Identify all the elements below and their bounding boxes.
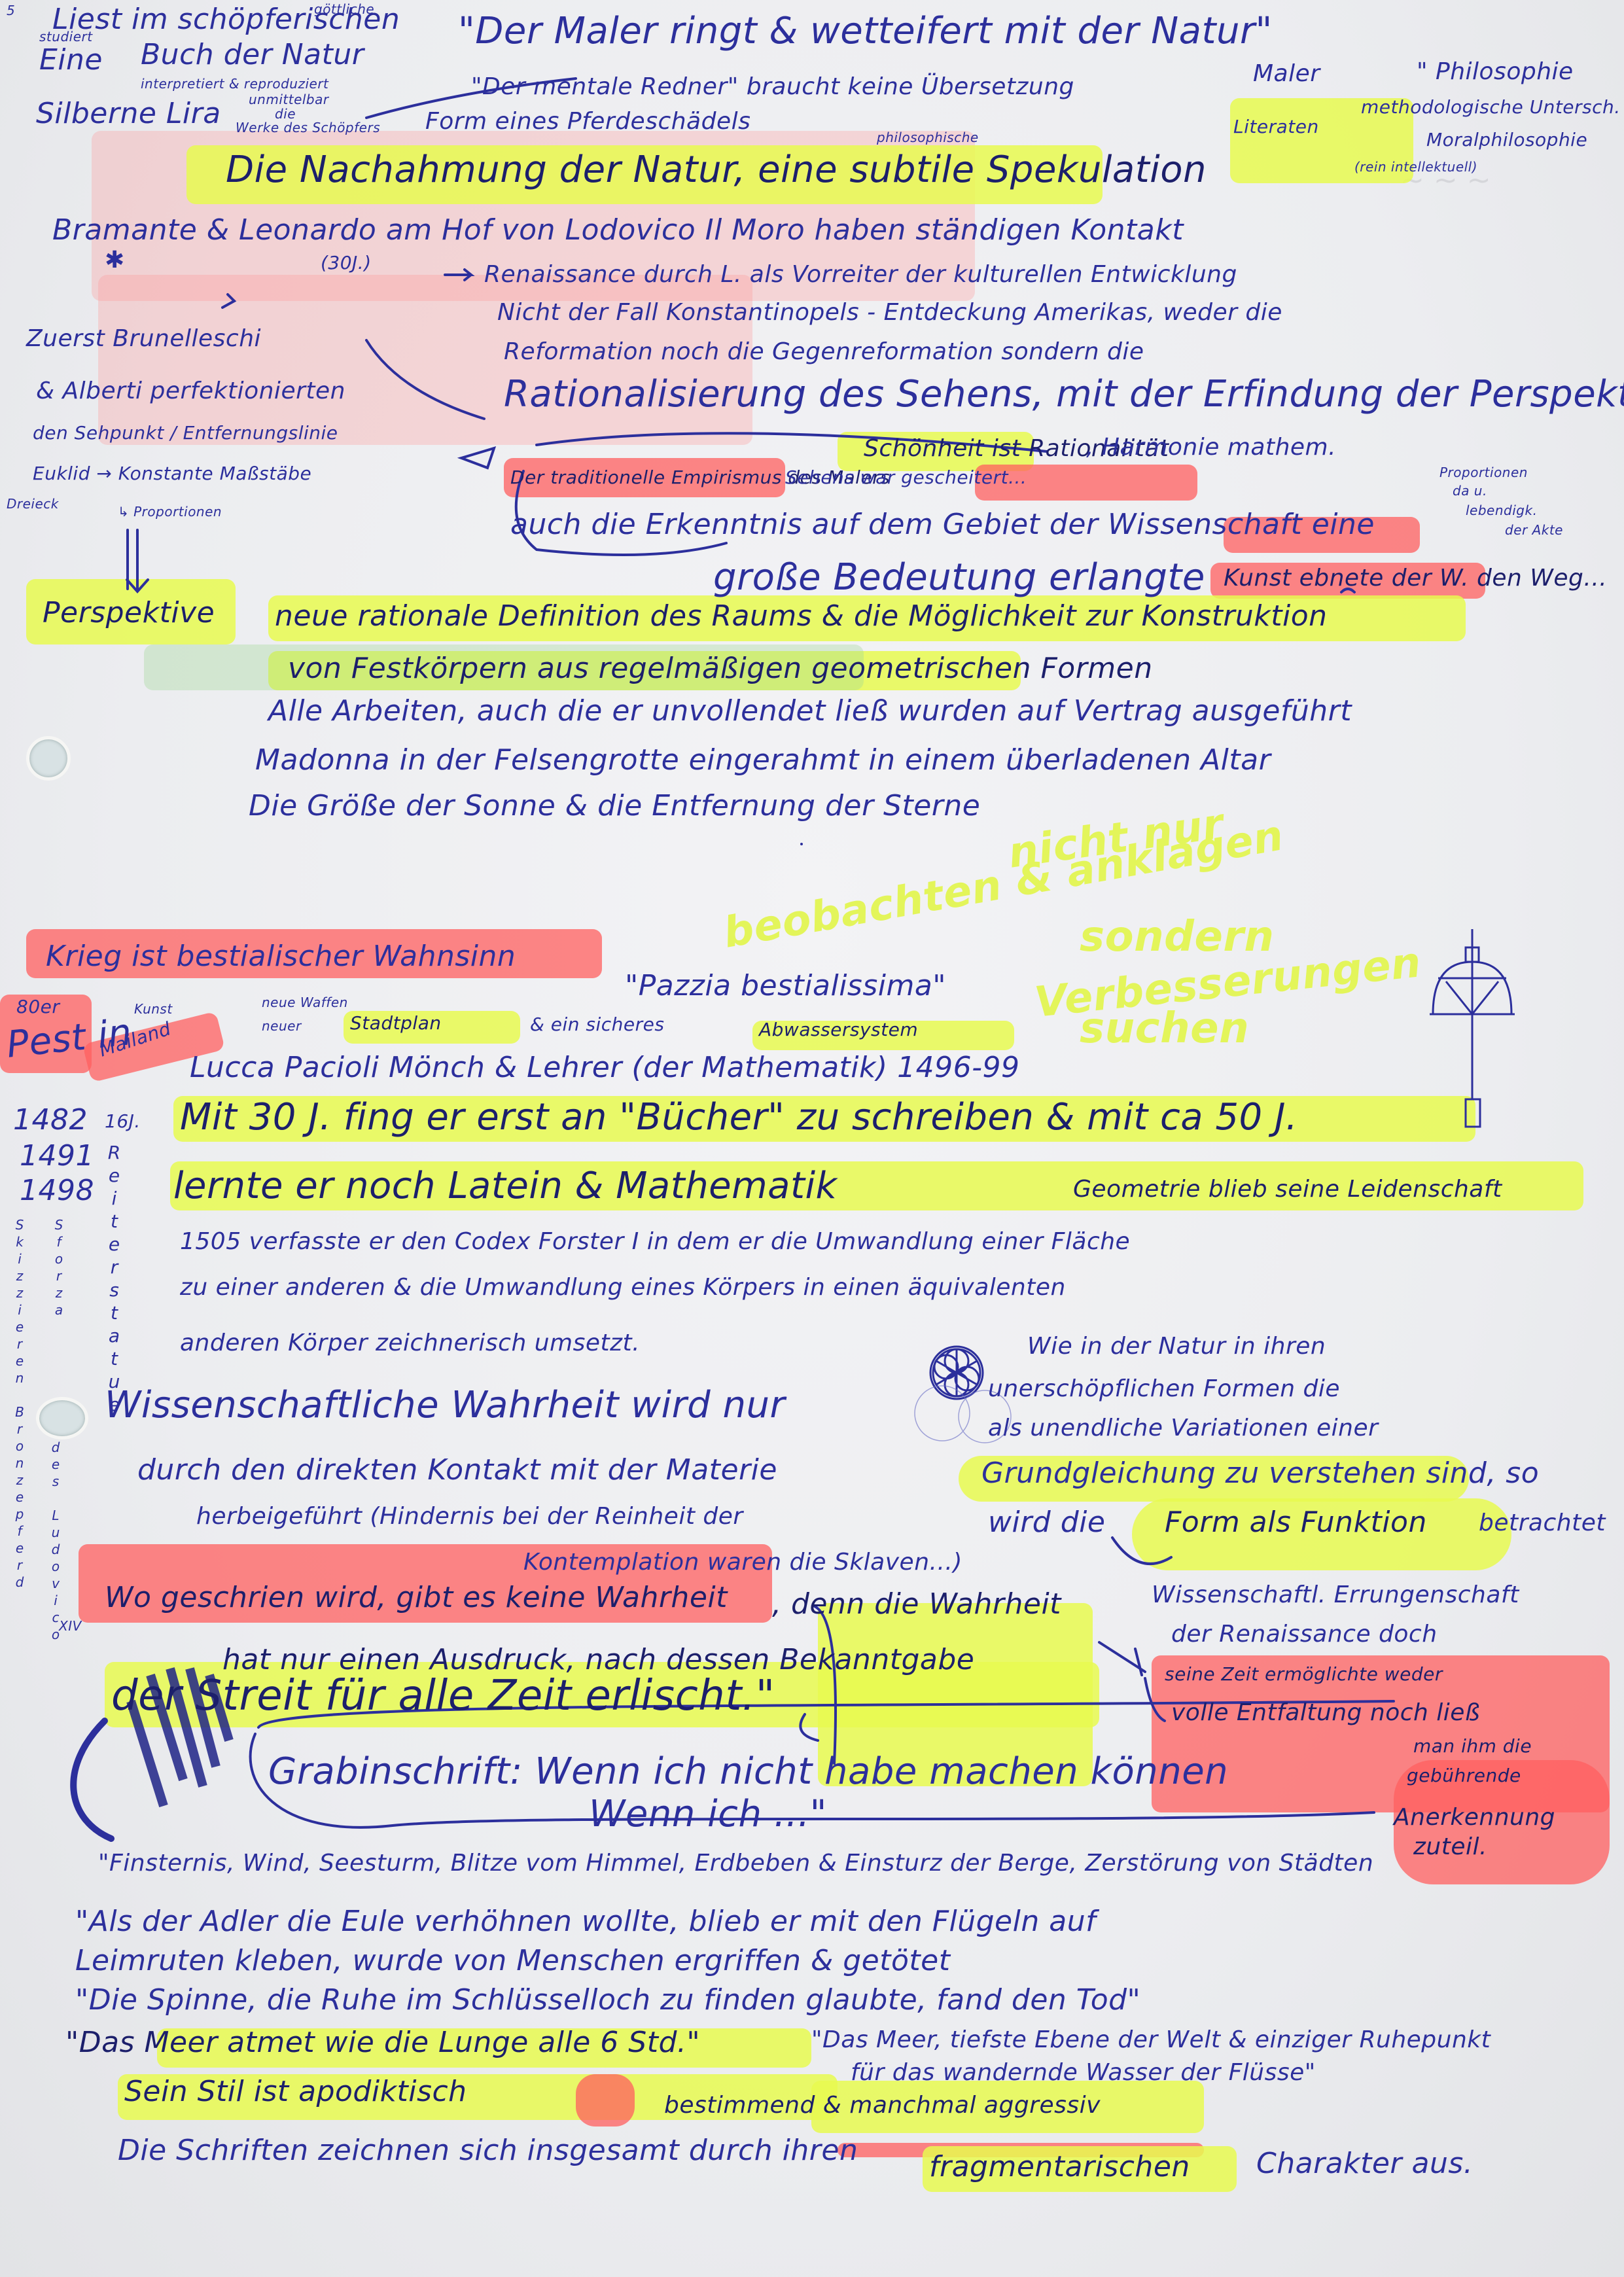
neuer-note: neuer — [262, 1019, 302, 1033]
spinne-quote: "Die Spinne, die Ruhe im Schlüsselloch z… — [75, 1986, 1140, 2015]
vertical-mid-note: Sforza — [52, 1217, 65, 1319]
header-philosophie: " Philosophie — [1417, 60, 1574, 84]
variationen-line: als unendliche Variationen einer — [988, 1417, 1378, 1440]
pest-80er: 80er — [16, 998, 60, 1016]
left-note-dreieck: Dreieck — [7, 497, 59, 510]
vertical-des-note: des Ludovico — [49, 1439, 62, 1644]
renaissance-line: Renaissance durch L. als Vorreiter der k… — [484, 263, 1237, 287]
alle-arbeiten-line: Alle Arbeiten, auch die er unvollendet l… — [268, 697, 1352, 726]
header-left-line2b: Buch der Natur — [141, 41, 364, 69]
header-left-annotation: unmittelbar — [249, 93, 329, 106]
fluesse-quote: für das wandernde Wasser der Flüsse" — [851, 2061, 1316, 2085]
header-mental-line: "Der mentale Redner" braucht keine Übers… — [471, 75, 1074, 99]
sicheres-note: & ein sicheres — [530, 1015, 664, 1034]
sixteen-years: 16J. — [105, 1112, 141, 1131]
instrument-sketch — [1430, 929, 1515, 1127]
betrachtet: betrachtet — [1479, 1511, 1606, 1535]
rationalisierung-line: Rationalisierung des Sehens, mit der Erf… — [504, 376, 1624, 413]
reformation-line: Reformation noch die Gegenreformation so… — [504, 340, 1144, 364]
left-note-brunelleschi: Zuerst Brunelleschi — [26, 327, 261, 351]
geometrie-line: Geometrie blieb seine Leidenschaft — [1073, 1178, 1502, 1201]
corner-mark: 5 — [7, 4, 15, 17]
year-1498: 1498 — [20, 1176, 94, 1205]
header-left-annotation: die — [275, 107, 296, 120]
stadtplan-note: Stadtplan — [350, 1014, 442, 1033]
madonna-line: Madonna in der Felsengrotte eingerahmt i… — [255, 746, 1271, 775]
header-left-annotation: göttliche — [314, 3, 374, 16]
herbeigefuehrt-line: herbeigeführt (Hindernis bei der Reinhei… — [196, 1505, 743, 1528]
wird-die: wird die — [988, 1508, 1105, 1537]
year-1491: 1491 — [20, 1142, 94, 1171]
vertical-left-note: Skizzieren Bronzepferd — [13, 1217, 26, 1591]
sehens-line: Sehens war gescheitert... — [785, 468, 1027, 487]
streit-quote: der Streit für alle Zeit erlischt." — [111, 1675, 775, 1717]
kunst-ebnete-line: Kunst ebnete der W. den Weg... — [1224, 567, 1607, 590]
anderen-koerper-line: anderen Körper zeichnerisch umsetzt. — [180, 1332, 640, 1355]
der-renaissance-line: der Renaissance doch — [1171, 1623, 1438, 1646]
xiv-note: XIV — [59, 1619, 82, 1633]
fragmentarisch-word: fragmentarischen — [929, 2153, 1190, 2181]
denn-wahrheit-quote: , denn die Wahrheit — [772, 1590, 1061, 1619]
seine-zeit-line: seine Zeit ermöglichte weder — [1165, 1665, 1443, 1684]
nicht-der-fall-line: Nicht der Fall Konstantinopels - Entdeck… — [497, 301, 1282, 325]
codex-line: 1505 verfasste er den Codex Forster I in… — [180, 1230, 1130, 1254]
grundgleichung-line: Grundgleichung zu verstehen sind, so — [981, 1459, 1539, 1488]
wo-geschrien-quote: Wo geschrien wird, gibt es keine Wahrhei… — [105, 1583, 728, 1612]
mit30-line: Mit 30 J. fing er erst an "Bücher" zu sc… — [180, 1099, 1297, 1136]
stil-line: Sein Stil ist apodiktisch — [124, 2077, 467, 2106]
abwasser-note: Abwassersystem — [759, 1021, 918, 1039]
volle-line: volle Entfaltung noch ließ — [1171, 1701, 1480, 1725]
finsternis-quote: "Finsternis, Wind, Seesturm, Blitze vom … — [98, 1852, 1373, 1875]
header-rein-intellektuell: (rein intellektuell) — [1354, 160, 1477, 173]
header-philosophische: philosophische — [877, 131, 979, 144]
yellow-note-line: suchen — [1080, 1008, 1249, 1050]
erkenntnis-line: auch die Erkenntnis auf dem Gebiet der W… — [510, 510, 1375, 539]
bestimmend-line: bestimmend & manchmal aggressiv — [664, 2094, 1101, 2117]
leimruten-quote: Leimruten kleben, wurde von Menschen erg… — [75, 1947, 951, 1975]
pazzia-line: "Pazzia bestialissima" — [625, 972, 946, 1000]
da-u-note: da u. — [1453, 484, 1487, 497]
grabinschrift-quote: Grabinschrift: Wenn ich nicht habe mache… — [268, 1754, 1228, 1790]
wie-natur-line: Wie in der Natur in ihren — [1027, 1335, 1326, 1358]
kunst-note: Kunst — [134, 1002, 173, 1015]
groesse-line: Die Größe der Sonne & die Entfernung der… — [249, 792, 980, 821]
left-note-sehpunkt: den Sehpunkt / Entfernungslinie — [33, 424, 338, 442]
neue-waffen-note: neue Waffen — [262, 996, 348, 1009]
rosette-sketch — [930, 1347, 983, 1399]
neue-definition-line: neue rationale Definition des Raums & di… — [275, 602, 1328, 631]
header-left-annotation: studiert — [39, 30, 93, 43]
pacioli-line: Lucca Pacioli Mönch & Lehrer (der Mathem… — [190, 1053, 1020, 1082]
star-mark: ✱ — [105, 249, 125, 272]
notebook-page: ~ ~ ~ — [0, 0, 1624, 2277]
der-akte-note: der Akte — [1505, 523, 1563, 537]
reiter-vertical: Reiterstatue — [105, 1142, 123, 1417]
meer2-quote: "Das Meer, tiefste Ebene der Welt & einz… — [811, 2028, 1491, 2052]
gebuehrende-line: gebührende — [1407, 1767, 1521, 1785]
harmonie-line: , Harmonie mathem. — [1086, 436, 1336, 459]
durch-kontakt-line: durch den direkten Kontakt mit der Mater… — [137, 1456, 777, 1485]
adler-quote: "Als der Adler die Eule verhöhnen wollte… — [75, 1907, 1096, 1936]
header-maler: Maler — [1253, 62, 1320, 86]
bedeutung-line: große Bedeutung erlangte — [713, 559, 1205, 596]
left-note-proportionen: ↳ Proportionen — [118, 505, 222, 518]
errungenschaft-line: Wissenschaftl. Errungenschaft — [1152, 1583, 1519, 1607]
header-left-annotation: interpretiert & reproduziert — [141, 77, 328, 90]
zuteil-line: zuteil. — [1413, 1835, 1487, 1859]
header-moralphilosophie: Moralphilosophie — [1426, 131, 1587, 149]
festkoerper-line: von Festkörpern aus regelmäßigen geometr… — [288, 654, 1153, 683]
man-ihm-line: man ihm die — [1413, 1737, 1532, 1756]
wenn-ich-quote: Wenn ich ..." — [589, 1796, 827, 1833]
year-1482: 1482 — [13, 1106, 88, 1135]
lebendigk-note: lebendigk. — [1466, 504, 1537, 517]
lernte-line: lernte er noch Latein & Mathematik — [173, 1168, 837, 1205]
left-note-euklid: Euklid → Konstante Maßstäbe — [33, 465, 311, 483]
nachahmung-heading: Die Nachahmung der Natur, eine subtile S… — [226, 152, 1207, 188]
header-left-line2a: Eine — [39, 46, 103, 75]
zu-einer-line: zu einer anderen & die Umwandlung eines … — [180, 1276, 1066, 1299]
left-note-alberti: & Alberti perfektionierten — [36, 379, 345, 403]
header-left-annotation: Werke des Schöpfers — [236, 121, 380, 134]
kontemplation-line: Kontemplation waren die Sklaven...) — [523, 1551, 962, 1574]
header-left-line3: Silberne Lira — [36, 99, 221, 128]
header-literaten: Literaten — [1233, 118, 1319, 136]
schriften-line: Die Schriften zeichnen sich insgesamt du… — [118, 2136, 858, 2165]
age-annotation: (30J.) — [321, 254, 372, 272]
form-als-funktion: Form als Funktion — [1165, 1508, 1427, 1537]
bramante-line: Bramante & Leonardo am Hof von Lodovico … — [52, 216, 1184, 245]
wissenschaftliche-line: Wissenschaftliche Wahrheit wird nur — [105, 1387, 785, 1424]
krieg-line: Krieg ist bestialischer Wahnsinn — [46, 942, 516, 971]
anerkennung-line: Anerkennung — [1394, 1806, 1555, 1829]
proportionen-note: Proportionen — [1439, 466, 1528, 479]
header-form-line: Form eines Pferdeschädels — [425, 110, 750, 133]
page-title-quote: "Der Maler ringt & wetteifert mit der Na… — [458, 13, 1273, 50]
perspektive-label: Perspektive — [43, 599, 215, 627]
charakter-word: Charakter aus. — [1256, 2149, 1473, 2178]
header-methodologisch: methodologische Untersch. — [1361, 98, 1621, 116]
yellow-note-line: sondern — [1080, 916, 1274, 958]
meer-quote: "Das Meer atmet wie die Lunge alle 6 Std… — [65, 2028, 700, 2057]
unerschoepflich-line: unerschöpflichen Formen die — [988, 1377, 1340, 1401]
hat-nur-quote: hat nur einen Ausdruck, nach dessen Beka… — [222, 1646, 974, 1674]
